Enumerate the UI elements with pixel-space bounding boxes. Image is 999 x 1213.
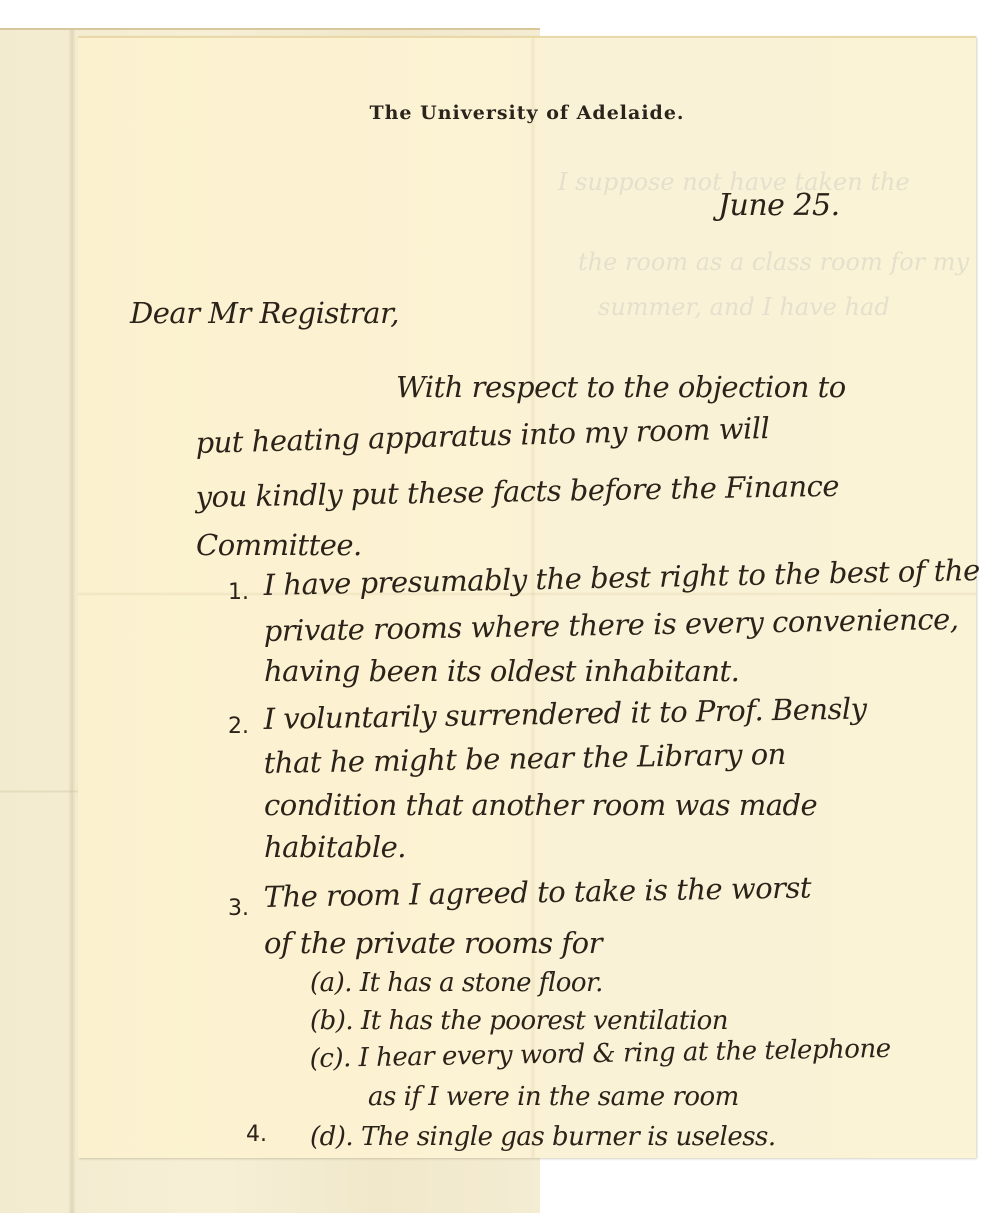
point-line: of the private rooms for bbox=[264, 926, 602, 960]
point-line: condition that another room was made bbox=[264, 788, 817, 822]
subpoint-label: (b). bbox=[310, 1006, 353, 1036]
intro-line: you kindly put these facts before the Fi… bbox=[195, 469, 839, 514]
intro-line: put heating apparatus into my room will bbox=[195, 411, 770, 460]
point-number: 4. bbox=[246, 1122, 267, 1147]
bleed-through-text: the room as a class room for my bbox=[578, 248, 969, 276]
point-line: habitable. bbox=[264, 830, 406, 864]
intro-line: Committee. bbox=[196, 528, 362, 562]
point-number: 1. bbox=[228, 580, 249, 605]
subpoint-text: It has the poorest ventilation bbox=[361, 1006, 728, 1036]
page-edge-shadow bbox=[68, 30, 76, 1213]
subpoint: (a). It has a stone floor. bbox=[310, 968, 603, 998]
point-line: I voluntarily surrendered it to Prof. Be… bbox=[263, 691, 866, 736]
intro-line: With respect to the objection to bbox=[396, 370, 846, 404]
subpoint-text: I hear every word & ring at the telephon… bbox=[358, 1034, 890, 1073]
salutation: Dear Mr Registrar, bbox=[130, 296, 399, 330]
letterhead: The University of Adelaide. bbox=[78, 102, 976, 124]
subpoint-text: The single gas burner is useless. bbox=[361, 1122, 776, 1152]
subpoint-label: (a). bbox=[310, 968, 352, 998]
subpoint: (d). The single gas burner is useless. bbox=[310, 1122, 776, 1152]
subpoint-label: (d). bbox=[310, 1122, 353, 1152]
subpoint: (c). I hear every word & ring at the tel… bbox=[309, 1034, 890, 1074]
subpoint: (b). It has the poorest ventilation bbox=[310, 1006, 728, 1036]
subpoint-continuation: as if I were in the same room bbox=[368, 1082, 739, 1112]
point-line: that he might be near the Library on bbox=[263, 737, 786, 780]
point-line: having been its oldest inhabitant. bbox=[264, 654, 739, 688]
letter-date: June 25. bbox=[718, 188, 840, 223]
point-line: private rooms where there is every conve… bbox=[263, 602, 958, 648]
bleed-through-text: summer, and I have had bbox=[598, 293, 890, 321]
subpoint-label: (c). bbox=[309, 1043, 351, 1074]
point-number: 2. bbox=[228, 714, 249, 739]
point-number: 3. bbox=[228, 896, 249, 921]
letter-page: I suppose not have taken the the room as… bbox=[78, 36, 976, 1158]
subpoint-text: It has a stone floor. bbox=[360, 968, 603, 998]
point-line: The room I agreed to take is the worst bbox=[263, 870, 811, 914]
